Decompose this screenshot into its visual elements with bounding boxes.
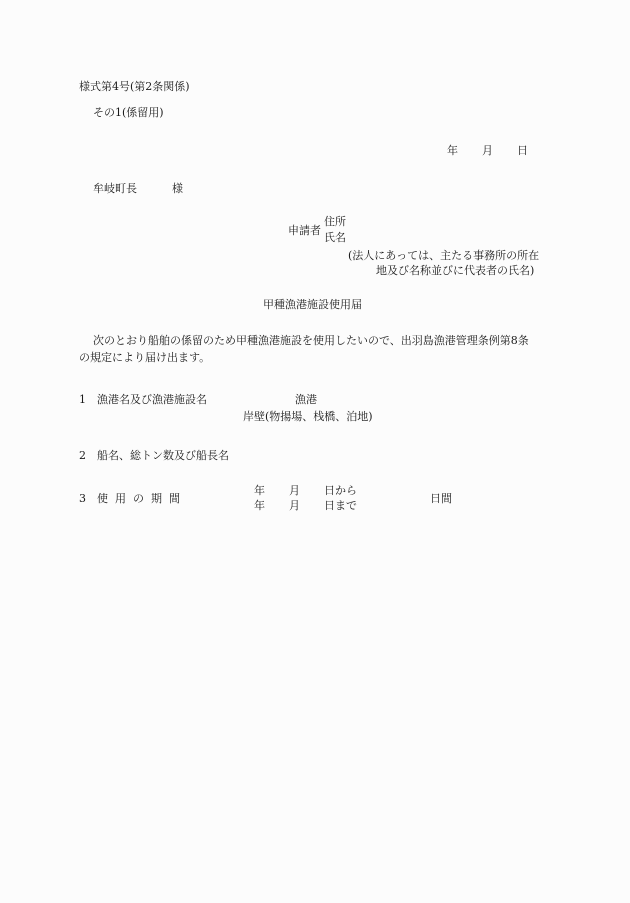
applicant-note-line-1: (法人にあっては、主たる事務所の所在 xyxy=(348,250,539,261)
item-label: 漁港名及び漁港施設名 xyxy=(97,394,207,405)
date-year-label: 年 xyxy=(447,145,458,156)
facility-name-field: 岸壁(物揚場、栈橋、泊地) xyxy=(243,411,373,422)
period-to-year: 年 xyxy=(254,500,265,511)
applicant-address-label: 住所 xyxy=(324,216,346,227)
item-label: 使用の期間 xyxy=(97,493,187,504)
item-number: 2 xyxy=(79,450,86,461)
date-day-label: 日 xyxy=(517,145,528,156)
addressee-name: 牟岐町長 xyxy=(93,183,137,194)
port-name-field: 漁港 xyxy=(295,394,317,405)
item-number: 1 xyxy=(79,394,86,405)
date-month-label: 月 xyxy=(482,145,493,156)
applicant-name-label: 氏名 xyxy=(324,232,346,243)
form-number: 様式第4号(第2条関係) xyxy=(79,81,190,92)
addressee-honorific: 様 xyxy=(172,183,183,194)
item-label: 船名、総トン数及び船長名 xyxy=(97,450,229,461)
period-from-day: 日から xyxy=(324,485,357,496)
period-from-year: 年 xyxy=(254,485,265,496)
item-number: 3 xyxy=(79,493,86,504)
form-subtitle: その1(係留用) xyxy=(93,107,164,118)
body-line-1: 次のとおり船舶の係留のため甲種漁港施設を使用したいので、出羽島漁港管理条例第8条 xyxy=(93,335,529,346)
applicant-note-line-2: 地及び名称並びに代表者の氏名) xyxy=(376,265,534,276)
body-line-2: の規定により届け出ます。 xyxy=(79,352,210,363)
period-days: 日間 xyxy=(430,493,452,504)
period-from-month: 月 xyxy=(289,485,300,496)
period-to-month: 月 xyxy=(289,500,300,511)
document-title: 甲種漁港施設使用届 xyxy=(263,299,362,310)
applicant-label: 申請者 xyxy=(288,225,321,236)
period-to-day: 日まで xyxy=(324,500,357,511)
